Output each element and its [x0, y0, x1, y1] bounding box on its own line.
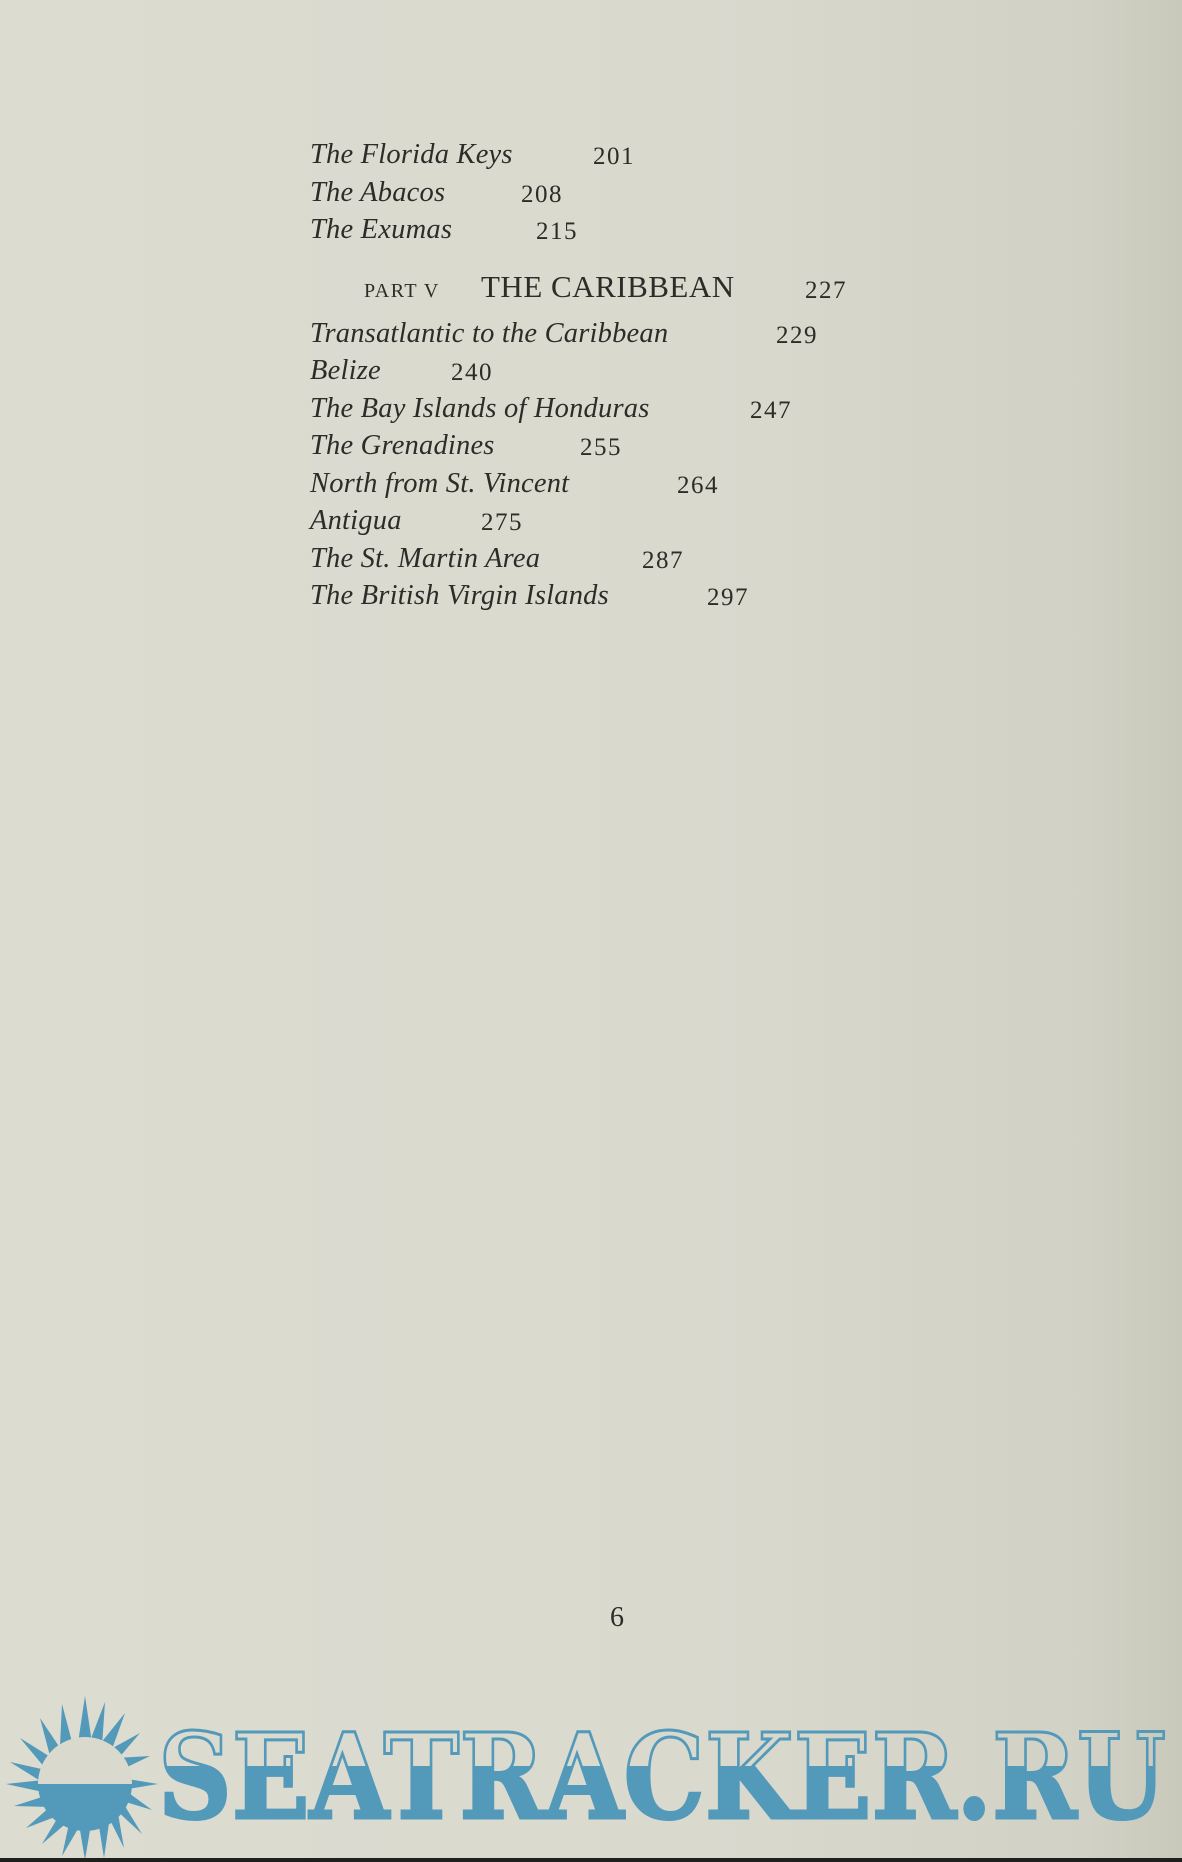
toc-entry: Antigua 275	[310, 502, 1010, 540]
table-of-contents: The Florida Keys 201 The Abacos 208 The …	[310, 136, 1010, 615]
toc-entry-page: 215	[536, 213, 578, 251]
toc-entry-title: The Grenadines	[310, 430, 495, 461]
toc-entry-title: The Florida Keys	[310, 139, 513, 170]
toc-entry-page: 247	[750, 392, 792, 430]
toc-entry: The Florida Keys 201	[310, 136, 1010, 174]
toc-entry-page: 297	[707, 579, 749, 617]
toc-entry-title: The Abacos	[310, 177, 445, 208]
toc-entry-page: 275	[481, 504, 523, 542]
toc-entry-title: The St. Martin Area	[310, 543, 540, 574]
toc-entry-page: 240	[451, 354, 493, 392]
part-heading: PART V THE CARIBBEAN 227	[310, 259, 1010, 315]
watermark-text: SEATRACKER.RU SEATRACKER.RU	[158, 1712, 1168, 1832]
toc-entry-title: The Bay Islands of Honduras	[310, 393, 649, 424]
toc-entry: The Bay Islands of Honduras 247	[310, 390, 1010, 428]
toc-entry: The British Virgin Islands 297	[310, 577, 1010, 615]
watermark: SEATRACKER.RU SEATRACKER.RU	[0, 1688, 1182, 1860]
part-title: THE CARIBBEAN	[481, 259, 735, 315]
toc-entry-title: The Exumas	[310, 214, 452, 245]
toc-entry: The Grenadines 255	[310, 427, 1010, 465]
part-label: PART V	[364, 263, 440, 319]
toc-entry-title: Antigua	[310, 505, 402, 536]
toc-entry: The Exumas 215	[310, 211, 1010, 249]
toc-entry-page: 208	[521, 176, 563, 214]
scan-bottom-edge	[0, 1858, 1182, 1862]
toc-entry: Belize 240	[310, 352, 1010, 390]
toc-entry-title: The British Virgin Islands	[310, 580, 609, 611]
page-number: 6	[610, 1602, 624, 1634]
bleed-through-text	[930, 540, 1180, 1440]
toc-entry-page: 255	[580, 429, 622, 467]
toc-entry-page: 201	[593, 138, 635, 176]
toc-entry: North from St. Vincent 264	[310, 465, 1010, 503]
toc-entry-page: 229	[776, 317, 818, 355]
toc-entry-title: Belize	[310, 355, 381, 386]
toc-entry-page: 264	[677, 467, 719, 505]
toc-entry: Transatlantic to the Caribbean 229	[310, 315, 1010, 353]
toc-entry: The St. Martin Area 287	[310, 540, 1010, 578]
sun-icon	[0, 1688, 175, 1860]
toc-entry-title: Transatlantic to the Caribbean	[310, 318, 668, 349]
toc-entry-page: 287	[642, 542, 684, 580]
part-page: 227	[805, 263, 847, 319]
toc-entry: The Abacos 208	[310, 174, 1010, 212]
book-page: The Florida Keys 201 The Abacos 208 The …	[0, 0, 1182, 1858]
toc-entry-title: North from St. Vincent	[310, 468, 569, 499]
